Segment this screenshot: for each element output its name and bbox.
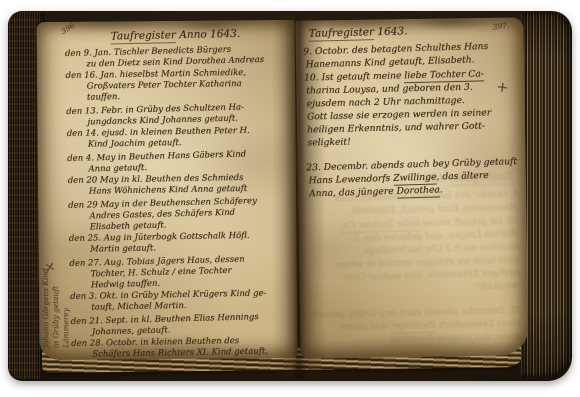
register-entry: den 29 May in der Beuthenschen Schäferey… — [68, 194, 297, 234]
left-page-entries: den 9. Jan. Tischler Benedicts Bürgerszu… — [65, 43, 298, 360]
handwritten-line: tharina Louysa, und geboren den 3. — [295, 227, 520, 247]
register-entry: 23. Decembr. abends auch bey Grüby getau… — [306, 154, 529, 200]
left-header-year: Anno 1643. — [179, 28, 240, 41]
handwritten-line: seligkeit! — [295, 279, 522, 299]
right-header-year: 1643. — [377, 25, 407, 38]
register-entry: den 27. Aug. Tobias Jägers Haus, dessenT… — [69, 252, 297, 292]
handwritten-line: ejusdem nach 2 Uhr nachmittage. — [295, 240, 521, 260]
register-entry: 10. Ist getauft meine liebe Tochter Ca-t… — [304, 66, 529, 149]
fore-edge-page-stack — [521, 13, 572, 377]
left-page-header: Taufregister Anno 1643. — [111, 26, 298, 43]
handwritten-line: 23. Decembr. abends auch bey Grüby getau… — [295, 304, 522, 322]
right-header-title: Taufregister — [309, 26, 375, 42]
right-page-entries: 9. Octobr. des betagten Schulthes HansHa… — [303, 39, 529, 200]
left-header-title: Taufregister — [111, 29, 177, 44]
right-page: 397. + Taufregister 1643. 9. Octobr. des… — [295, 17, 528, 359]
register-entry: den 3. Okt. in Grüby Michel Krügers Kind… — [70, 288, 297, 315]
register-entry: den 14. ejusd. in kleinen Beuthen Peter … — [67, 125, 298, 152]
register-entry: den 20 May in kl. Beuthen des SchmiedsHa… — [68, 172, 298, 199]
right-page-text: Taufregister 1643. 9. Octobr. des betagt… — [303, 22, 529, 201]
right-page-header: Taufregister 1643. — [309, 22, 529, 41]
left-page: 396 Johann Görgens Kindin Grüby getauftL… — [37, 20, 298, 360]
handwritten-line: heiligen Erkenntnis, und wahrer Gott- — [295, 266, 521, 286]
register-entry: den 16. Jan. hieselbst Martin Schmiedike… — [65, 67, 297, 105]
handwritten-line: 10. Ist getauft meine liebe Tochter Ca- — [295, 214, 520, 234]
handwritten-line: Hanemanns Kind getauft, Elisabeth. — [295, 201, 519, 219]
register-entry: 23. Decembr. abends auch bey Grüby getau… — [295, 304, 523, 348]
handwritten-line: Gott lasse sie erzogen werden in seiner — [295, 253, 521, 273]
register-entry: 10. Ist getauft meine liebe Tochter Ca-t… — [295, 214, 522, 299]
left-page-text: Taufregister Anno 1643. den 9. Jan. Tisc… — [65, 26, 298, 360]
handwritten-line: Hans Lewendorfs Zwillinge, das ältere — [295, 317, 523, 335]
right-page-entries: 9. Octobr. des betagten Schulthes HansHa… — [295, 187, 523, 348]
register-entry: den 28. Octobr. in kleinen Beuthen desSc… — [71, 335, 297, 360]
photo-open-baptism-register: 396 Johann Görgens Kindin Grüby getauftL… — [0, 0, 580, 397]
handwritten-line: Anna, das jüngere Dorothea. — [295, 330, 523, 348]
register-entry: den 25. Aug in Jüterbogk Gottschalk Höfl… — [69, 230, 298, 257]
